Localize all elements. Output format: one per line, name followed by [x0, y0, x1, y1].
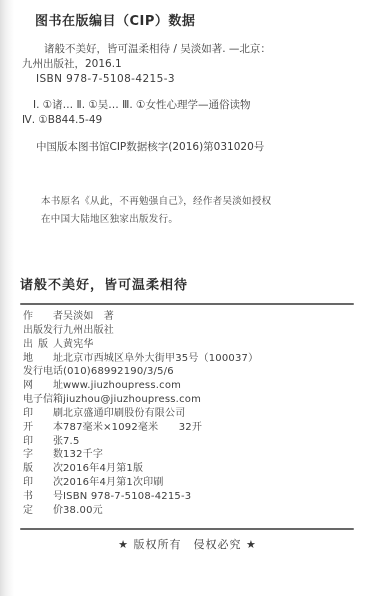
colophon-value: 2016年4月第1次印刷	[63, 476, 164, 490]
divider-rule-bottom	[20, 528, 354, 530]
colophon-value: jiuzhou@jiuzhoupress.com	[63, 393, 201, 407]
authorization-note: 本书原名《从此，不再勉强自己》，经作者吴淡如授权 在中国大陆地区独家出版发行。	[41, 193, 347, 229]
cip-classification-line-2: Ⅳ. ①B844.5-49	[22, 113, 359, 128]
divider-rule-top	[20, 303, 354, 305]
colophon-label: 地址	[23, 352, 63, 366]
colophon-label: 发行电话	[23, 365, 63, 379]
colophon-value: 787毫米×1092毫米 32开	[63, 421, 202, 435]
book-copyright-page: 图书在版编目（CIP）数据 诸般不美好，皆可温柔相待 / 吴淡如著. —北京： …	[0, 0, 375, 596]
colophon-value: (010)68992190/3/5/6	[63, 365, 174, 379]
colophon-label: 电子信箱	[23, 393, 63, 407]
colophon-row-email: 电子信箱 jiuzhou@jiuzhoupress.com	[23, 393, 361, 407]
colophon-label: 出版人	[23, 338, 63, 352]
colophon-label: 字数	[23, 448, 63, 462]
colophon-row-address: 地址 北京市西城区阜外大街甲35号（100037）	[23, 352, 361, 366]
colophon-label: 版次	[23, 462, 63, 476]
colophon-value: ISBN 978-7-5108-4215-3	[63, 490, 191, 504]
colophon-label: 印刷	[23, 407, 63, 421]
colophon-row-edition: 版次 2016年4月第1版	[23, 462, 361, 476]
colophon-row-website: 网址 www.jiuzhoupress.com	[23, 379, 361, 393]
colophon-row-author: 作者 吴淡如 著	[23, 310, 361, 324]
colophon-label: 作者	[23, 310, 63, 324]
cip-section-header: 图书在版编目（CIP）数据	[35, 14, 359, 30]
colophon-row-publisher: 出版发行 九州出版社	[23, 324, 361, 338]
colophon-label: 定价	[23, 504, 63, 518]
colophon-label: 书号	[23, 490, 63, 504]
colophon-label: 开本	[23, 421, 63, 435]
colophon-row-publisher-person: 出版人 黄宪华	[23, 338, 361, 352]
colophon-value: 北京市西城区阜外大街甲35号（100037）	[63, 352, 258, 366]
authorization-note-line-2: 在中国大陆地区独家出版发行。	[41, 211, 347, 229]
colophon-value: 7.5	[63, 435, 80, 449]
scan-edge-shadow	[0, 0, 14, 596]
cip-entry-line-1: 诸般不美好，皆可温柔相待 / 吴淡如著. —北京：	[22, 42, 359, 57]
colophon-row-wordcount: 字数 132千字	[23, 448, 361, 462]
colophon-value: 九州出版社	[63, 324, 114, 338]
book-title: 诸般不美好，皆可温柔相待	[20, 274, 188, 293]
cip-classification-line-1: Ⅰ. ①诸… Ⅱ. ①吴… Ⅲ. ①女性心理学—通俗读物	[33, 98, 359, 113]
copyright-notice: ★ 版权所有 侵权必究 ★	[0, 536, 375, 552]
colophon-value: 38.00元	[63, 504, 103, 518]
colophon-row-printing: 印次 2016年4月第1次印刷	[23, 476, 361, 490]
colophon-row-phone: 发行电话 (010)68992190/3/5/6	[23, 365, 361, 379]
colophon-row-isbn: 书号 ISBN 978-7-5108-4215-3	[23, 490, 361, 504]
cip-registry-number: 中国版本图书馆CIP数据核字(2016)第031020号	[36, 140, 359, 155]
colophon-row-printer: 印刷 北京盛通印刷股份有限公司	[23, 407, 361, 421]
cip-isbn-line: ISBN 978-7-5108-4215-3	[36, 72, 359, 87]
colophon-label: 出版发行	[23, 324, 63, 338]
colophon-row-price: 定价 38.00元	[23, 504, 361, 518]
cip-entry-line-2: 九州出版社，2016.1	[22, 57, 359, 72]
colophon-row-format: 开本 787毫米×1092毫米 32开	[23, 421, 361, 435]
colophon-row-sheets: 印张 7.5	[23, 435, 361, 449]
colophon-value: www.jiuzhoupress.com	[63, 379, 181, 393]
colophon-value: 北京盛通印刷股份有限公司	[63, 407, 185, 421]
authorization-note-line-1: 本书原名《从此，不再勉强自己》，经作者吴淡如授权	[41, 193, 347, 211]
colophon-label: 网址	[23, 379, 63, 393]
colophon-value: 吴淡如 著	[63, 310, 114, 324]
colophon-value: 132千字	[63, 448, 103, 462]
colophon-label: 印张	[23, 435, 63, 449]
colophon-label: 印次	[23, 476, 63, 490]
colophon-value: 2016年4月第1版	[63, 462, 143, 476]
colophon-table: 作者 吴淡如 著 出版发行 九州出版社 出版人 黄宪华 地址 北京市西城区阜外大…	[23, 310, 361, 518]
colophon-value: 黄宪华	[63, 338, 94, 352]
cip-data-section: 图书在版编目（CIP）数据 诸般不美好，皆可温柔相待 / 吴淡如著. —北京： …	[22, 14, 359, 155]
